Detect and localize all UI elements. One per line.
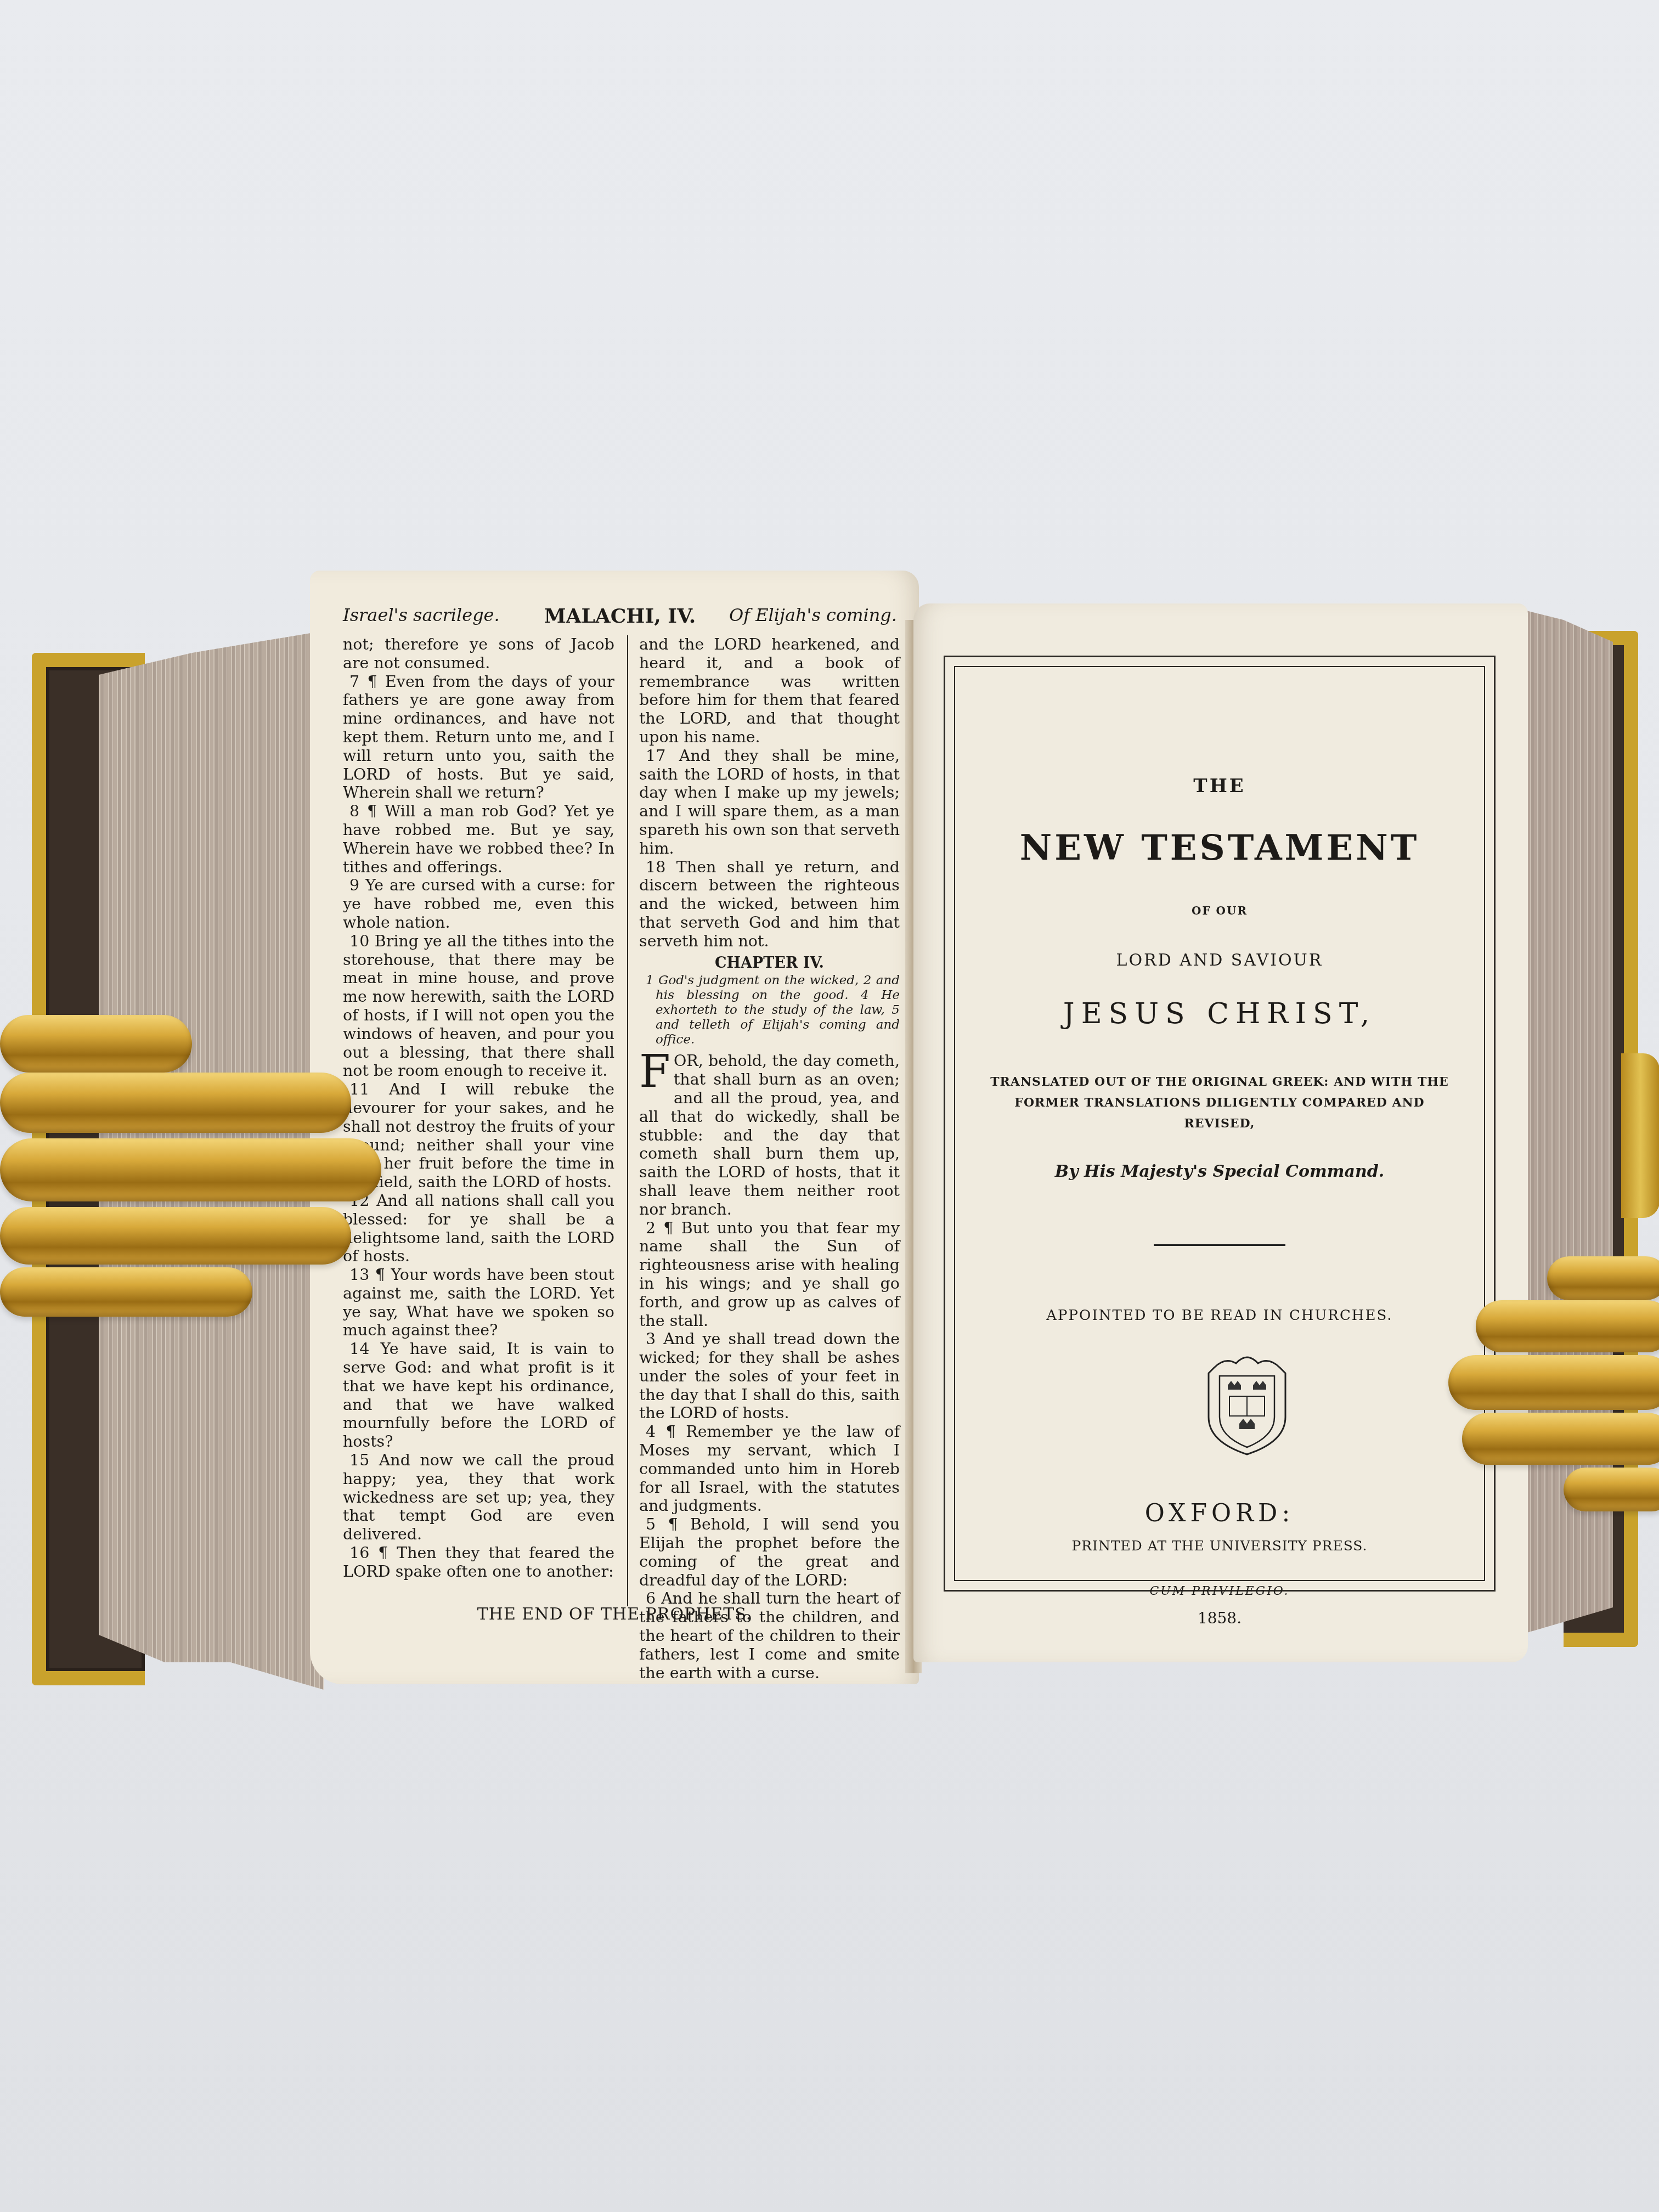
hand-finger <box>0 1015 192 1073</box>
verse-5: 5 ¶ Behold, I will send you Elijah the p… <box>639 1515 900 1589</box>
verse-9: 9 Ye are cursed with a curse: for ye hav… <box>343 876 614 932</box>
publisher-place: OXFORD: <box>945 1499 1494 1527</box>
verse-16: 16 ¶ Then they that feared the LORD spak… <box>343 1544 614 1581</box>
hand-finger <box>0 1207 351 1265</box>
end-of-prophets: THE END OF THE PROPHETS. <box>310 1605 919 1624</box>
chapter-heading: CHAPTER IV. <box>639 954 900 973</box>
title-the: THE <box>945 775 1494 797</box>
verse-15: 15 And now we call the proud happy; yea,… <box>343 1451 614 1544</box>
running-head: Israel's sacrilege. MALACHI, IV. Of Elij… <box>343 605 897 632</box>
right-text-column: and the LORD hearkened, and heard it, an… <box>639 635 900 1682</box>
hand-finger <box>1547 1256 1659 1300</box>
verse-3: 3 And ye shall tread down the wicked; fo… <box>639 1330 900 1423</box>
dropcap: F <box>639 1054 670 1090</box>
column-divider <box>627 635 628 1606</box>
translation-note: TRANSLATED OUT OF THE ORIGINAL GREEK: AN… <box>945 1071 1494 1134</box>
title-jesus-christ: JESUS CHRIST, <box>945 997 1494 1030</box>
verse-4: 4 ¶ Remember ye the law of Moses my serv… <box>639 1423 900 1515</box>
left-brass-hand-clasp <box>0 982 384 1339</box>
divider-rule <box>1154 1244 1285 1246</box>
verse-17: 17 And they shall be mine, saith the LOR… <box>639 747 900 858</box>
right-page-title: THE NEW TESTAMENT OF OUR LORD AND SAVIOU… <box>913 603 1528 1662</box>
appointed-note: APPOINTED TO BE READ IN CHURCHES. <box>945 1307 1494 1324</box>
left-page-malachi: Israel's sacrilege. MALACHI, IV. Of Elij… <box>310 571 919 1684</box>
title-of-our: OF OUR <box>945 904 1494 917</box>
running-head-right: Of Elijah's coming. <box>729 605 897 625</box>
hand-finger <box>0 1138 381 1201</box>
verse-18: 18 Then shall ye return, and discern bet… <box>639 858 900 951</box>
verse-6: 6 And he shall turn the heart of the fat… <box>639 1589 900 1682</box>
special-command: By His Majesty's Special Command. <box>945 1162 1494 1181</box>
verse-2: 2 ¶ But unto you that fear my name shall… <box>639 1219 900 1330</box>
title-lord-and-saviour: LORD AND SAVIOUR <box>945 951 1494 970</box>
title-new-testament: NEW TESTAMENT <box>945 827 1494 868</box>
verse-8: 8 ¶ Will a man rob God? Yet ye have robb… <box>343 802 614 876</box>
verse-text: and the LORD hearkened, and heard it, an… <box>639 635 900 747</box>
hand-finger <box>0 1267 252 1317</box>
cum-privilegio: CUM PRIVILEGIO. <box>945 1584 1494 1598</box>
brass-hinge <box>1621 1053 1659 1218</box>
hand-finger <box>1448 1355 1659 1410</box>
oxford-university-crest-icon <box>1203 1351 1291 1455</box>
verse-14: 14 Ye have said, It is vain to serve God… <box>343 1340 614 1451</box>
hand-finger <box>1476 1300 1659 1352</box>
right-brass-hand-clasp <box>1437 1196 1659 1525</box>
printer-line: PRINTED AT THE UNIVERSITY PRESS. <box>945 1538 1494 1554</box>
title-page-border: THE NEW TESTAMENT OF OUR LORD AND SAVIOU… <box>944 656 1496 1592</box>
hand-finger <box>1564 1468 1659 1511</box>
verse-text: not; therefore ye sons of Jacob are not … <box>343 635 614 673</box>
verse-1: OR, behold, the day cometh, that shall b… <box>639 1052 900 1218</box>
verse-7: 7 ¶ Even from the days of your fathers y… <box>343 673 614 803</box>
chapter-summary: 1 God's judgment on the wicked, 2 and hi… <box>639 973 900 1047</box>
hand-finger <box>0 1073 351 1133</box>
publication-year: 1858. <box>945 1609 1494 1627</box>
hand-finger <box>1462 1413 1659 1465</box>
